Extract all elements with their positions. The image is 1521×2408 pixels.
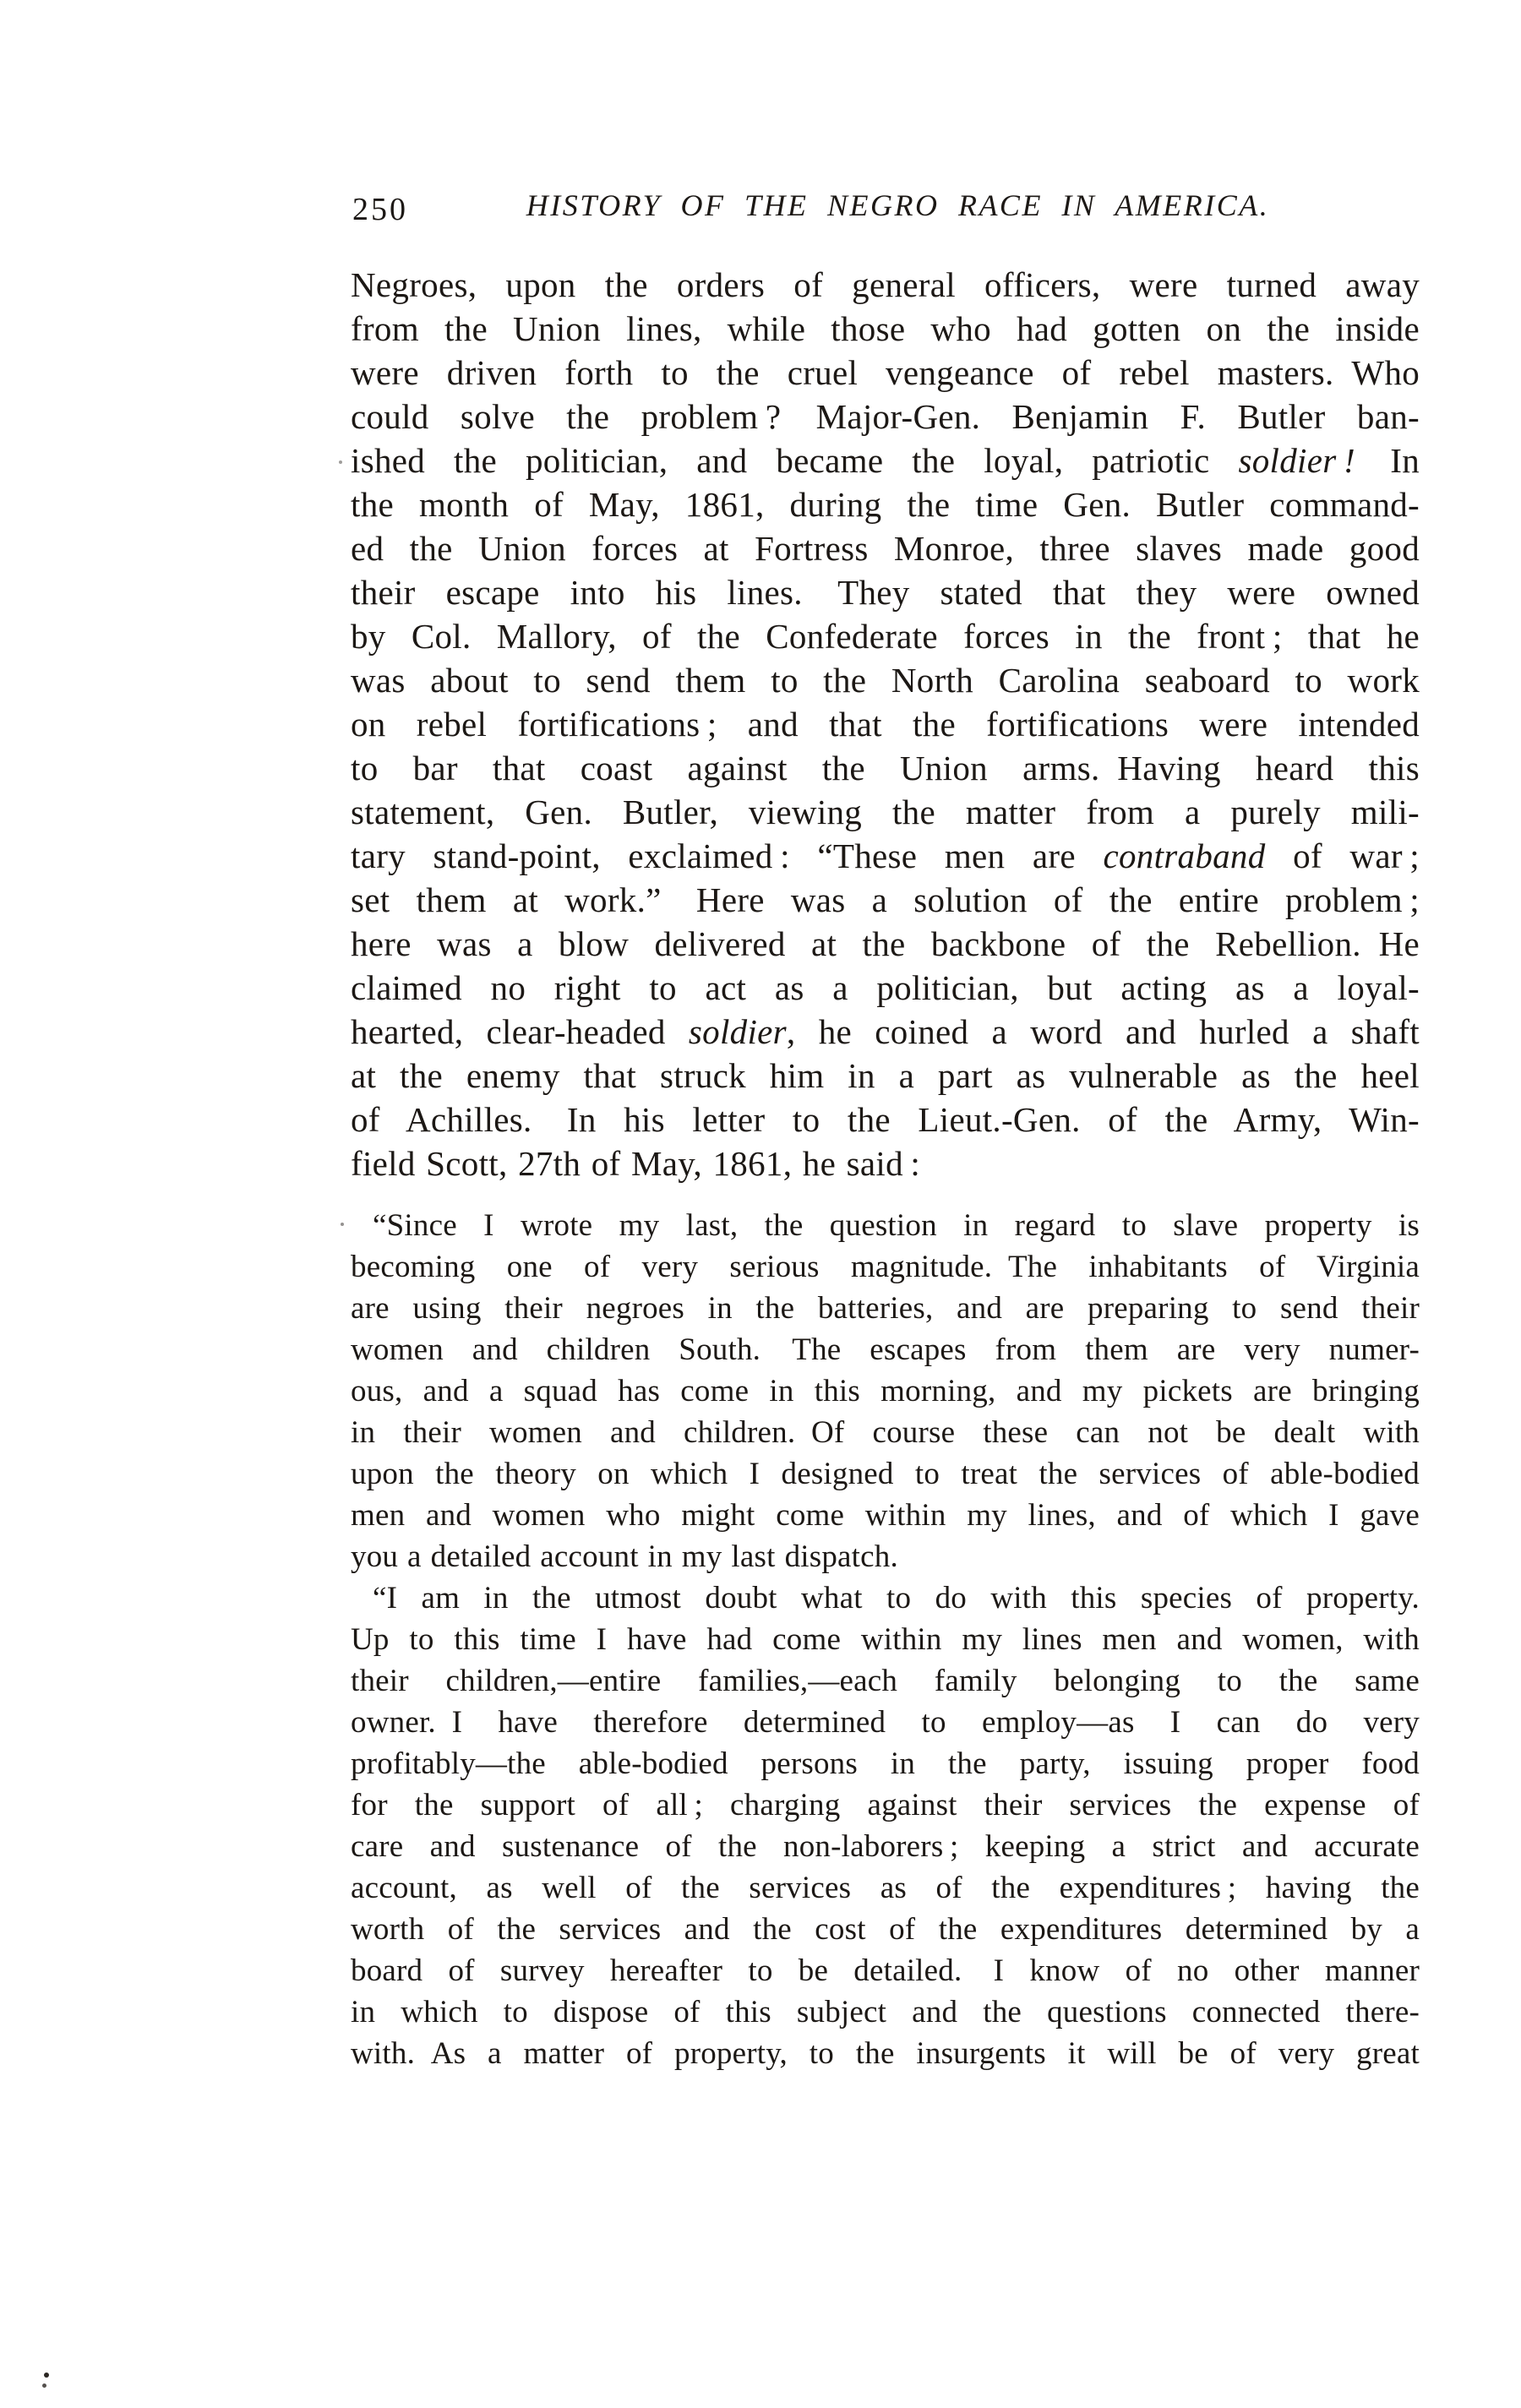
text-line: the month of May, 1861, during the time … xyxy=(351,482,1420,526)
text-line: on rebel fortifications ; and that the f… xyxy=(351,702,1420,746)
text-segment: claimed no right to act as a politician,… xyxy=(351,968,1420,1007)
text-segment: of Achilles. In his letter to the Lieut.… xyxy=(351,1100,1420,1139)
book-page: 250 HISTORY OF THE NEGRO RACE IN AMERICA… xyxy=(0,0,1521,2408)
running-title: HISTORY OF THE NEGRO RACE IN AMERICA. xyxy=(351,188,1420,223)
text-line: board of survey hereafter to be detailed… xyxy=(351,1950,1420,1991)
text-line: here was a blow delivered at the backbon… xyxy=(351,922,1420,966)
text-line: ished the politician, and became the loy… xyxy=(351,439,1420,482)
text-segment: men and women who might come within my l… xyxy=(351,1498,1420,1533)
text-line: for the support of all ; charging agains… xyxy=(351,1784,1420,1826)
text-segment: on rebel fortifications ; and that the f… xyxy=(351,705,1420,744)
text-segment: upon the theory on which I designed to t… xyxy=(351,1457,1420,1491)
text-line: Up to this time I have had come within m… xyxy=(351,1619,1420,1660)
text-line: in their women and children. Of course t… xyxy=(351,1412,1420,1453)
text-line: their children,—entire families,—each fa… xyxy=(351,1660,1420,1702)
text-segment: their children,—entire families,—each fa… xyxy=(351,1664,1420,1698)
text-segment: for the support of all ; charging agains… xyxy=(351,1788,1420,1822)
text-line: field Scott, 27th of May, 1861, he said … xyxy=(351,1141,1420,1185)
text-segment: “I am in the utmost doubt what to do wit… xyxy=(373,1581,1420,1615)
text-segment: at the enemy that struck him in a part a… xyxy=(351,1056,1420,1095)
text-line: upon the theory on which I designed to t… xyxy=(351,1453,1420,1495)
text-segment: ished the politician, and became the loy… xyxy=(351,441,1238,480)
text-line: in which to dispose of this subject and … xyxy=(351,1991,1420,2033)
text-segment: set them at work.” Here was a solution o… xyxy=(351,880,1420,919)
text-line: at the enemy that struck him in a part a… xyxy=(351,1054,1420,1098)
text-segment: owner. I have therefore determined to em… xyxy=(351,1705,1420,1740)
text-segment: Up to this time I have had come within m… xyxy=(351,1622,1420,1657)
text-segment: women and children South. The escapes fr… xyxy=(351,1332,1420,1367)
text-line: set them at work.” Here was a solution o… xyxy=(351,878,1420,922)
text-line: account, as well of the services as of t… xyxy=(351,1867,1420,1909)
text-line: care and sustenance of the non-laborers … xyxy=(351,1826,1420,1867)
quote-paragraph-2: “I am in the utmost doubt what to do wit… xyxy=(351,1577,1420,2074)
italic-text: soldier ! xyxy=(1238,441,1355,480)
text-line: tary stand-point, exclaimed : “These men… xyxy=(351,834,1420,878)
text-line: ous, and a squad has come in this mornin… xyxy=(351,1370,1420,1412)
text-segment: the month of May, 1861, during the time … xyxy=(351,485,1420,524)
text-line: becoming one of very serious magnitude. … xyxy=(351,1246,1420,1288)
text-segment: of war ; xyxy=(1266,836,1420,875)
text-segment: Negroes, upon the orders of general offi… xyxy=(351,265,1420,304)
text-segment: hearted, clear-headed xyxy=(351,1012,689,1051)
text-segment: worth of the services and the cost of th… xyxy=(351,1912,1420,1947)
text-segment: to bar that coast against the Union arms… xyxy=(351,749,1420,787)
text-line: hearted, clear-headed soldier, he coined… xyxy=(351,1010,1420,1054)
text-segment: field Scott, 27th of May, 1861, he said … xyxy=(351,1144,920,1183)
text-segment: board of survey hereafter to be detailed… xyxy=(351,1953,1420,1988)
text-line: claimed no right to act as a politician,… xyxy=(351,966,1420,1010)
text-segment: was about to send them to the North Caro… xyxy=(351,661,1420,700)
text-segment: their escape into his lines. They stated… xyxy=(351,573,1420,612)
text-line: you a detailed account in my last dispat… xyxy=(351,1536,1420,1577)
text-segment: statement, Gen. Butler, viewing the matt… xyxy=(351,793,1420,831)
text-segment: care and sustenance of the non-laborers … xyxy=(351,1829,1420,1864)
text-segment: from the Union lines, while those who ha… xyxy=(351,309,1420,348)
text-line: of Achilles. In his letter to the Lieut.… xyxy=(351,1098,1420,1141)
text-line: were driven forth to the cruel vengeance… xyxy=(351,351,1420,395)
text-segment: “Since I wrote my last, the question in … xyxy=(373,1208,1420,1243)
scan-speck xyxy=(44,2373,49,2378)
text-segment: with. As a matter of property, to the in… xyxy=(351,2036,1420,2071)
page-header: 250 HISTORY OF THE NEGRO RACE IN AMERICA… xyxy=(351,188,1420,230)
text-line: was about to send them to the North Caro… xyxy=(351,658,1420,702)
text-line: worth of the services and the cost of th… xyxy=(351,1909,1420,1950)
text-segment: ed the Union forces at Fortress Monroe, … xyxy=(351,529,1420,568)
text-line: “Since I wrote my last, the question in … xyxy=(351,1205,1420,1246)
scan-speck xyxy=(42,2383,46,2388)
text-segment: could solve the problem ? Major-Gen. Ben… xyxy=(351,397,1420,436)
text-line: women and children South. The escapes fr… xyxy=(351,1329,1420,1370)
text-segment: becoming one of very serious magnitude. … xyxy=(351,1250,1420,1284)
text-line: could solve the problem ? Major-Gen. Ben… xyxy=(351,395,1420,439)
text-line: from the Union lines, while those who ha… xyxy=(351,307,1420,351)
italic-text: contraband xyxy=(1103,836,1265,875)
text-line: with. As a matter of property, to the in… xyxy=(351,2033,1420,2074)
text-line: “I am in the utmost doubt what to do wit… xyxy=(351,1577,1420,1619)
text-line: profitably—the able-bodied persons in th… xyxy=(351,1743,1420,1784)
text-line: are using their negroes in the batteries… xyxy=(351,1288,1420,1329)
text-segment: tary stand-point, exclaimed : “These men… xyxy=(351,836,1103,875)
text-segment: you a detailed account in my last dispat… xyxy=(351,1539,898,1574)
scan-speck xyxy=(341,1223,344,1226)
text-line: by Col. Mallory, of the Confederate forc… xyxy=(351,614,1420,658)
text-line: owner. I have therefore determined to em… xyxy=(351,1702,1420,1743)
page-number: 250 xyxy=(352,191,408,228)
text-line: to bar that coast against the Union arms… xyxy=(351,746,1420,790)
text-segment: In xyxy=(1355,441,1420,480)
text-segment: in their women and children. Of course t… xyxy=(351,1415,1420,1450)
text-column: Negroes, upon the orders of general offi… xyxy=(351,263,1420,2074)
text-segment: are using their negroes in the batteries… xyxy=(351,1291,1420,1326)
main-paragraph: Negroes, upon the orders of general offi… xyxy=(351,263,1420,1185)
italic-text: soldier xyxy=(689,1012,787,1051)
text-segment: here was a blow delivered at the backbon… xyxy=(351,924,1420,963)
scan-speck xyxy=(339,460,342,464)
text-line: statement, Gen. Butler, viewing the matt… xyxy=(351,790,1420,834)
quote-paragraph-1: “Since I wrote my last, the question in … xyxy=(351,1205,1420,1577)
text-line: ed the Union forces at Fortress Monroe, … xyxy=(351,526,1420,570)
text-segment: by Col. Mallory, of the Confederate forc… xyxy=(351,617,1420,656)
text-segment: account, as well of the services as of t… xyxy=(351,1871,1420,1905)
text-segment: in which to dispose of this subject and … xyxy=(351,1995,1420,2029)
text-segment: ous, and a squad has come in this mornin… xyxy=(351,1374,1420,1408)
text-line: Negroes, upon the orders of general offi… xyxy=(351,263,1420,307)
quoted-letter: “Since I wrote my last, the question in … xyxy=(351,1205,1420,2074)
text-segment: profitably—the able-bodied persons in th… xyxy=(351,1746,1420,1781)
text-segment: were driven forth to the cruel vengeance… xyxy=(351,353,1420,392)
text-line: men and women who might come within my l… xyxy=(351,1495,1420,1536)
text-line: their escape into his lines. They stated… xyxy=(351,570,1420,614)
text-segment: , he coined a word and hurled a shaft xyxy=(787,1012,1420,1051)
